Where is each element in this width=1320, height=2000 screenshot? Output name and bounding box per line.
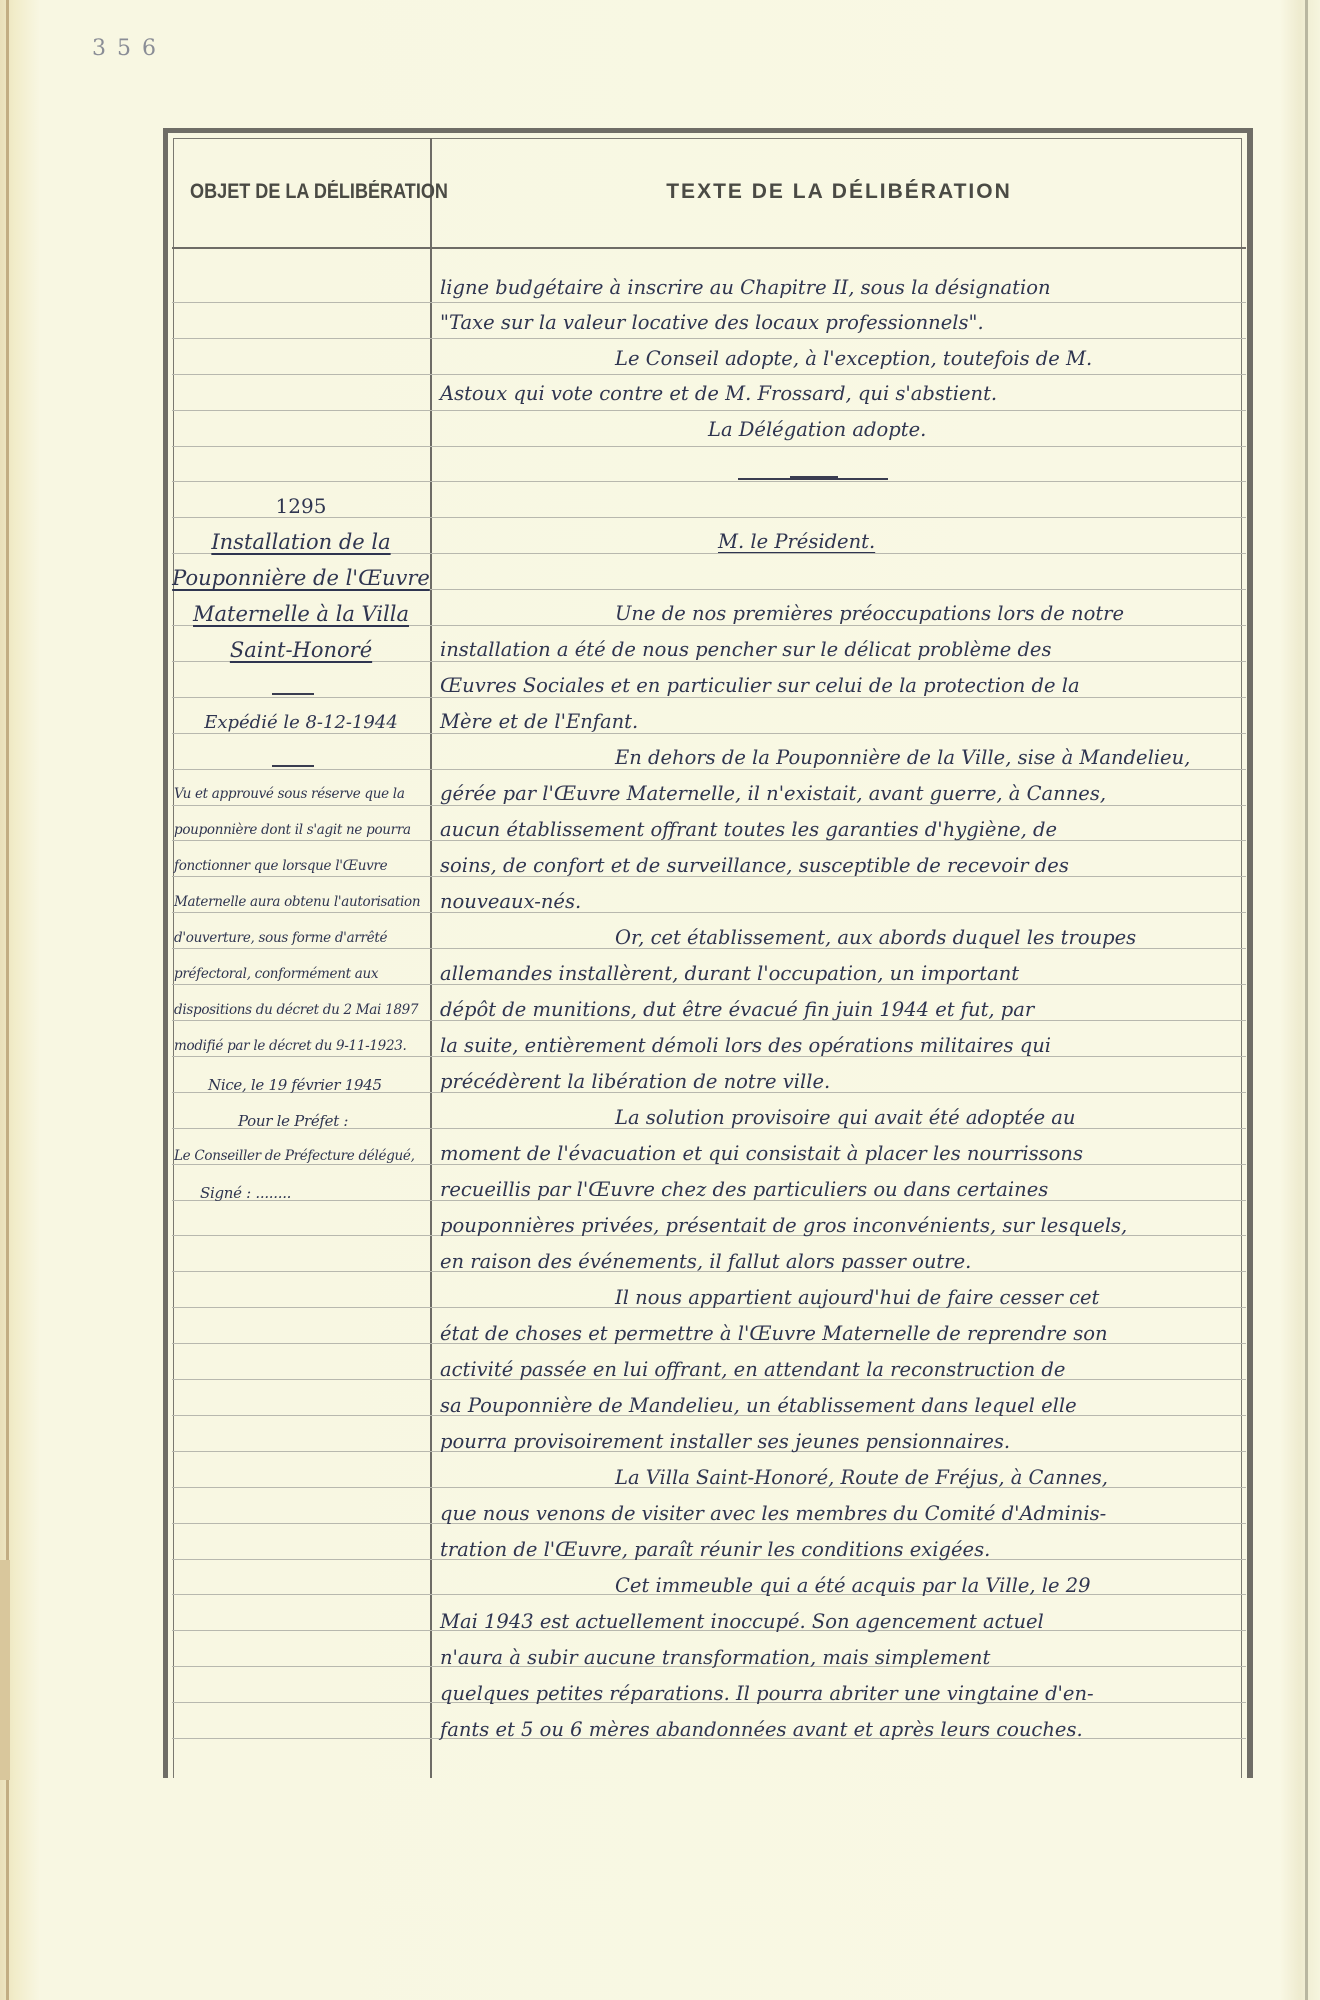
ruled-line bbox=[172, 697, 1246, 698]
column-divider bbox=[430, 138, 432, 1778]
subject-separator bbox=[272, 765, 314, 767]
approval-note-line: pouponnière dont il s'agit ne pourra bbox=[174, 822, 411, 838]
ruled-line bbox=[172, 805, 1246, 806]
text-line: La solution provisoire qui avait été ado… bbox=[615, 1106, 1076, 1129]
approval-note-line: modifié par le décret du 9-11-1923. bbox=[174, 1038, 407, 1054]
text-line: pourra provisoirement installer ses jeun… bbox=[440, 1430, 1010, 1453]
column-header-texte: TEXTE DE LA DÉLIBÉRATION bbox=[432, 180, 1246, 204]
speaker-heading: M. le Président. bbox=[718, 530, 875, 553]
text-line: aucun établissement offrant toutes les g… bbox=[440, 818, 1057, 841]
text-line: Le Conseil adopte, à l'exception, toutef… bbox=[615, 347, 1092, 370]
text-line: allemandes installèrent, durant l'occupa… bbox=[440, 962, 1019, 985]
header-divider bbox=[172, 247, 1246, 249]
approval-signed: Signé : ........ bbox=[200, 1184, 291, 1202]
approval-place-date: Nice, le 19 février 1945 bbox=[208, 1076, 382, 1094]
folio-number: 3 5 6 bbox=[92, 36, 158, 61]
section-separator-bold bbox=[790, 476, 838, 479]
text-line: Or, cet établissement, aux abords duquel… bbox=[615, 926, 1136, 949]
text-line: précédèrent la libération de notre ville… bbox=[440, 1070, 830, 1093]
text-line: la suite, entièrement démoli lors des op… bbox=[440, 1034, 1051, 1057]
text-line: dépôt de munitions, dut être évacué fin … bbox=[440, 998, 1034, 1021]
text-line: Mai 1943 est actuellement inoccupé. Son … bbox=[440, 1610, 1044, 1633]
approval-note-line: d'ouverture, sous forme d'arrêté bbox=[174, 930, 387, 946]
text-line: En dehors de la Pouponnière de la Ville,… bbox=[615, 746, 1190, 769]
ruled-line bbox=[172, 374, 1246, 375]
approval-for-prefect: Pour le Préfet : bbox=[238, 1112, 348, 1130]
text-line: "Taxe sur la valeur locative des locaux … bbox=[440, 311, 984, 334]
binding-tab bbox=[0, 1560, 10, 1780]
subject-title-line: Pouponnière de l'Œuvre bbox=[172, 566, 430, 590]
approval-note-line: dispositions du décret du 2 Mai 1897 bbox=[174, 1002, 418, 1018]
subject-title-line: Maternelle à la Villa bbox=[172, 602, 430, 626]
text-line: nouveaux-nés. bbox=[440, 890, 581, 913]
text-line: ligne budgétaire à inscrire au Chapitre … bbox=[440, 276, 1051, 299]
text-line: que nous venons de visiter avec les memb… bbox=[440, 1502, 1106, 1525]
expedie-date: Expédié le 8-12-1944 bbox=[172, 712, 430, 733]
text-line: installation a été de nous pencher sur l… bbox=[440, 638, 1051, 661]
delegation-adopte: La Délégation adopte. bbox=[708, 418, 926, 441]
text-line: Cet immeuble qui a été acquis par la Vil… bbox=[615, 1574, 1091, 1597]
text-line: recueillis par l'Œuvre chez des particul… bbox=[440, 1178, 1048, 1201]
register-frame bbox=[163, 128, 1253, 1778]
ruled-line bbox=[172, 338, 1246, 339]
subject-title-line: Installation de la bbox=[172, 530, 430, 554]
text-line: n'aura à subir aucune transformation, ma… bbox=[440, 1646, 990, 1669]
text-line: état de choses et permettre à l'Œuvre Ma… bbox=[440, 1322, 1108, 1345]
ruled-line bbox=[172, 733, 1246, 734]
column-header-objet: OBJET DE LA DÉLIBÉRATION bbox=[190, 180, 412, 204]
text-line: Astoux qui vote contre et de M. Frossard… bbox=[440, 382, 997, 405]
text-line: gérée par l'Œuvre Maternelle, il n'exist… bbox=[440, 782, 1106, 805]
subject-title-line: Saint-Honoré bbox=[172, 638, 430, 662]
page-edge bbox=[1305, 0, 1308, 2000]
text-line: soins, de confort et de surveillance, su… bbox=[440, 854, 1069, 877]
subject-separator bbox=[272, 693, 314, 695]
approval-signatory: Le Conseiller de Préfecture délégué, bbox=[174, 1148, 415, 1164]
text-line: Il nous appartient aujourd'hui de faire … bbox=[615, 1286, 1099, 1309]
approval-note-line: Vu et approuvé sous réserve que la bbox=[174, 786, 405, 802]
text-line: sa Pouponnière de Mandelieu, un établiss… bbox=[440, 1394, 1077, 1417]
approval-note-line: préfectoral, conformément aux bbox=[174, 966, 378, 982]
text-line: moment de l'évacuation et qui consistait… bbox=[440, 1142, 1083, 1165]
approval-note-line: fonctionner que lorsque l'Œuvre bbox=[174, 858, 387, 874]
text-line: quelques petites réparations. Il pourra … bbox=[440, 1682, 1094, 1705]
text-line: La Villa Saint-Honoré, Route de Fréjus, … bbox=[615, 1466, 1108, 1489]
ruled-line bbox=[172, 410, 1246, 411]
text-line: Mère et de l'Enfant. bbox=[440, 710, 638, 733]
text-line: Une de nos premières préoccupations lors… bbox=[615, 602, 1124, 625]
text-line: Œuvres Sociales et en particulier sur ce… bbox=[440, 674, 1080, 697]
ruled-line bbox=[172, 769, 1246, 770]
deliberation-number: 1295 bbox=[172, 494, 430, 518]
approval-note-line: Maternelle aura obtenu l'autorisation bbox=[174, 894, 420, 910]
text-line: activité passée en lui offrant, en atten… bbox=[440, 1358, 1065, 1381]
text-line: pouponnières privées, présentait de gros… bbox=[440, 1214, 1127, 1237]
ruled-line bbox=[172, 446, 1246, 447]
text-line: en raison des événements, il fallut alor… bbox=[440, 1250, 971, 1273]
text-line: fants et 5 ou 6 mères abandonnées avant … bbox=[440, 1718, 1083, 1741]
text-line: tration de l'Œuvre, paraît réunir les co… bbox=[440, 1538, 990, 1561]
ruled-line bbox=[172, 302, 1246, 303]
ruled-line bbox=[172, 481, 1246, 482]
ruled-line bbox=[172, 912, 1246, 913]
